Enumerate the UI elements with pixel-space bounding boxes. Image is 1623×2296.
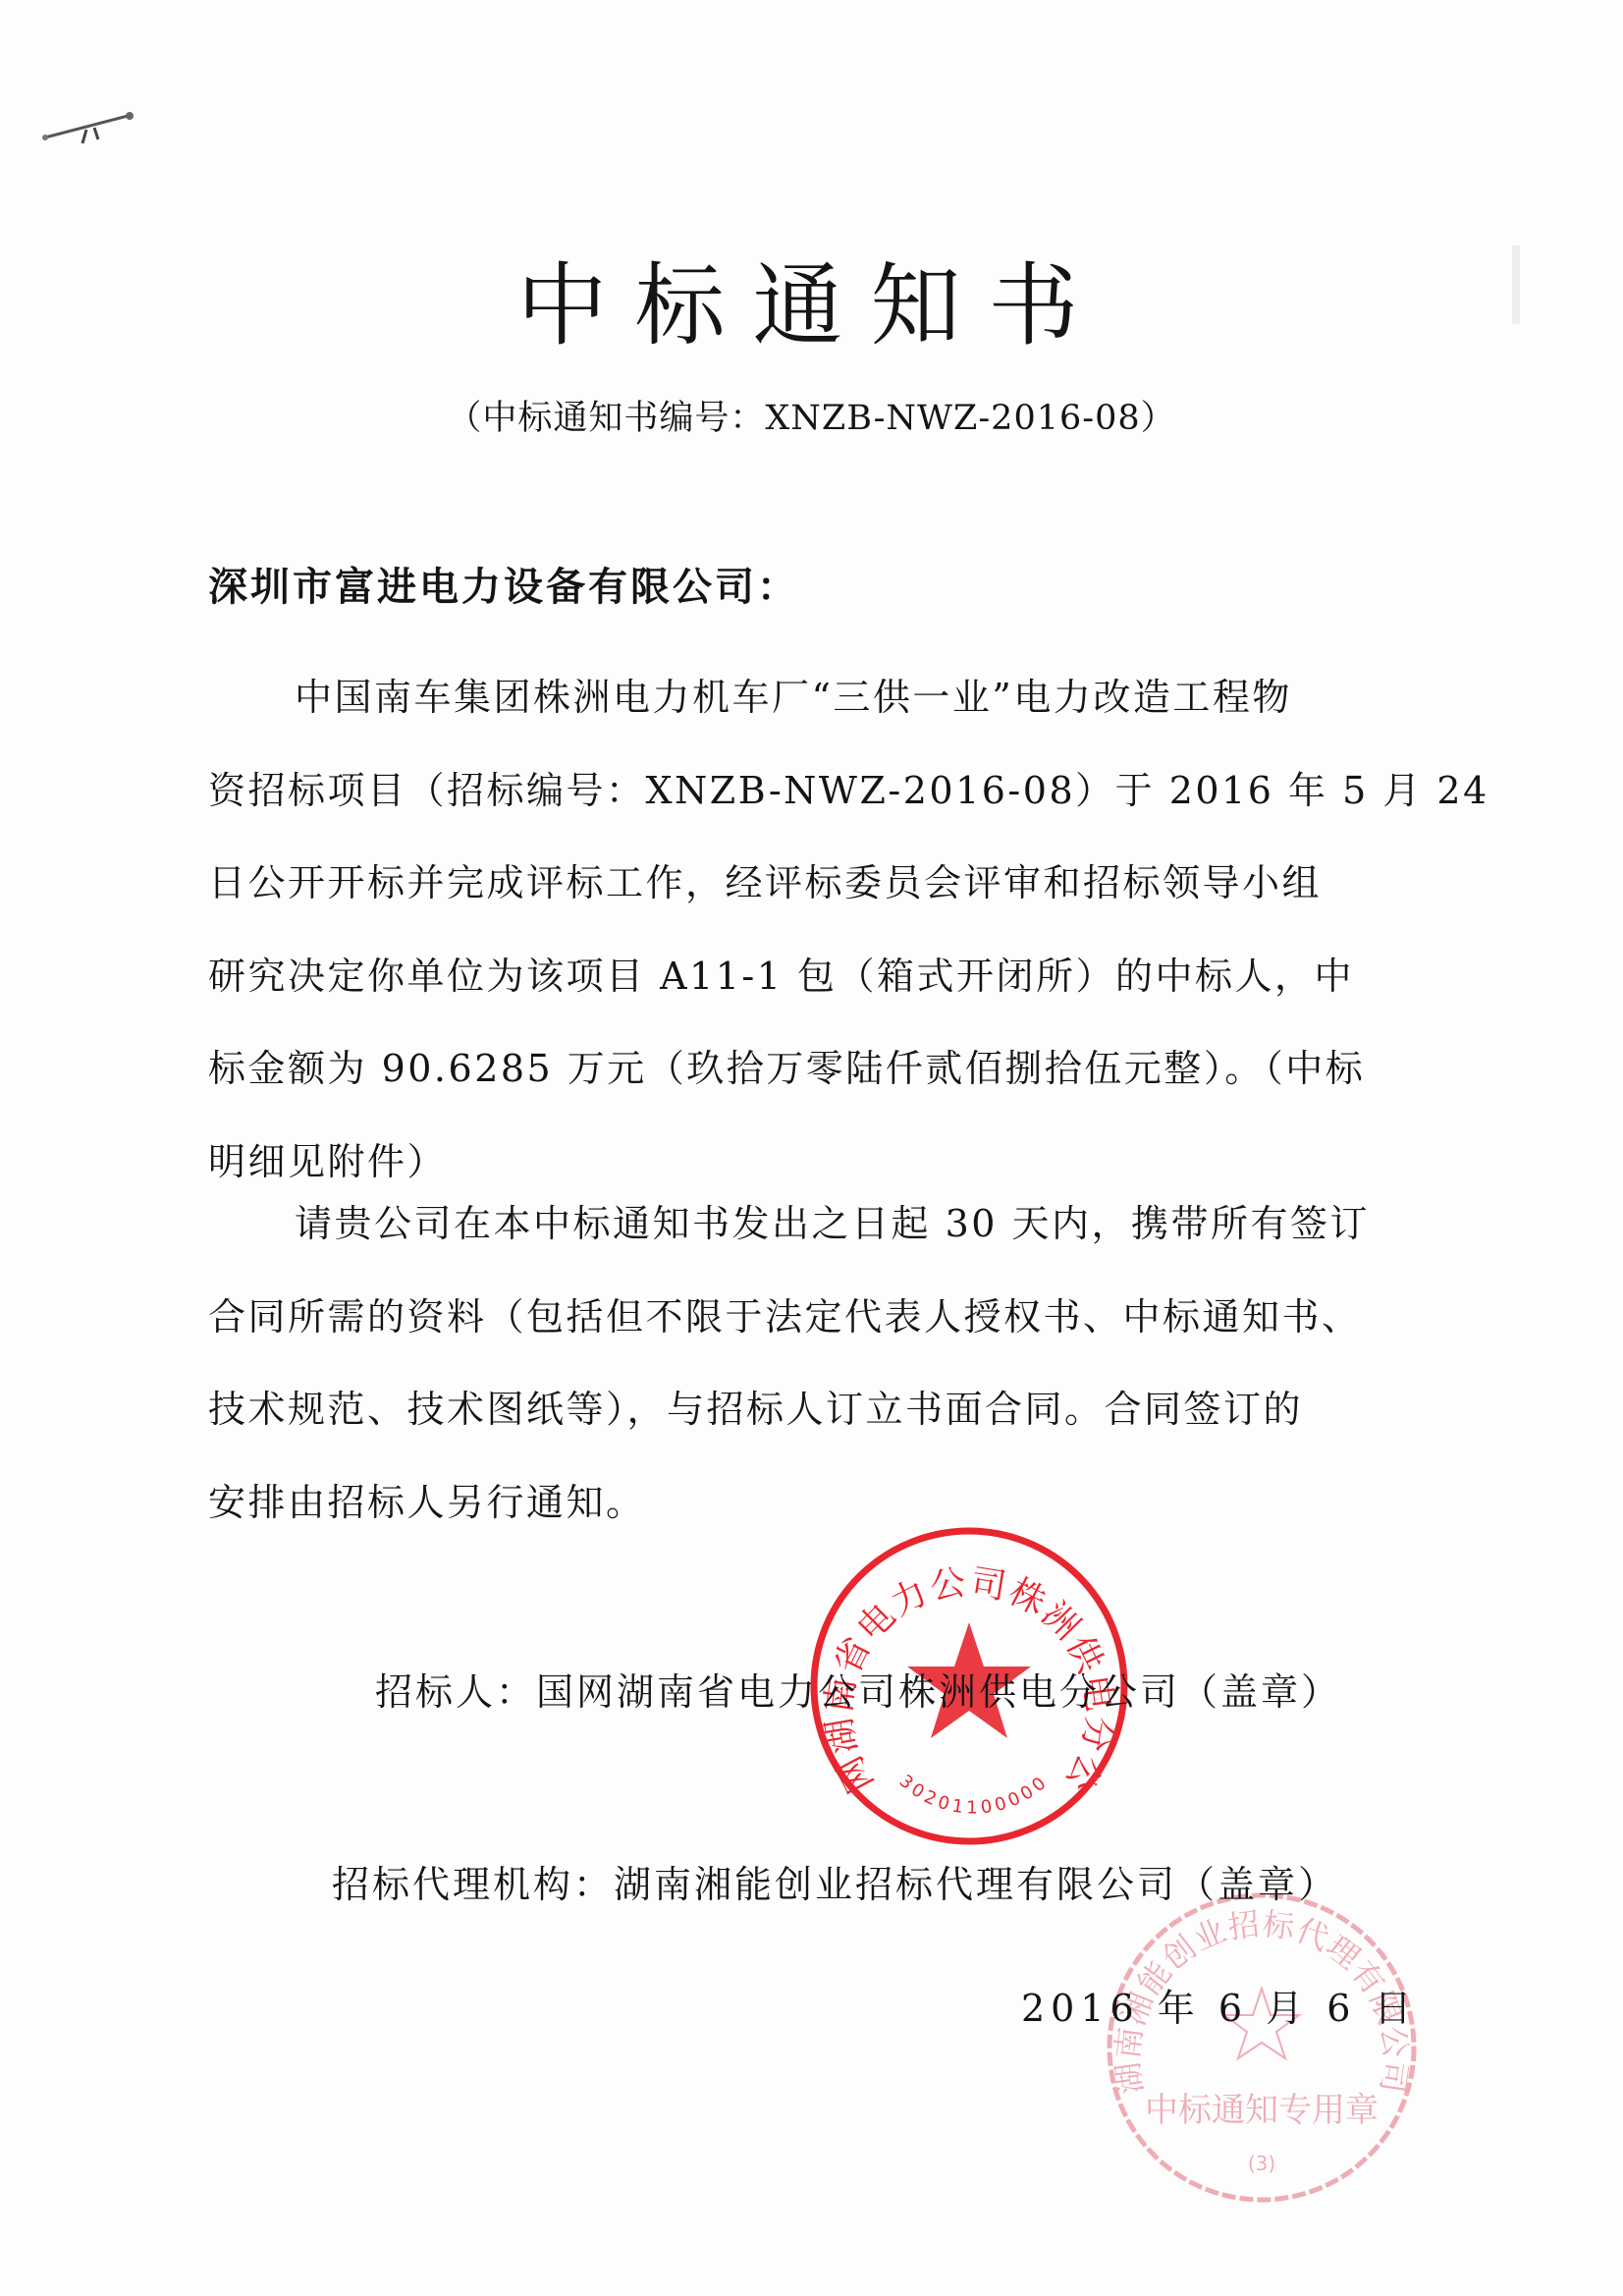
paragraph-line: 研究决定你单位为该项目 A11-1 包（箱式开闭所）的中标人，中 <box>208 930 1426 1023</box>
body-paragraph-1: 中国南车集团株洲电力机车厂“三供一业”电力改造工程物 资招标项目（招标编号：XN… <box>208 651 1426 1208</box>
body-paragraph-2: 请贵公司在本中标通知书发出之日起 30 天内，携带所有签订 合同所需的资料（包括… <box>208 1177 1426 1549</box>
paragraph-line: 技术规范、技术图纸等），与招标人订立书面合同。合同签订的 <box>208 1363 1426 1456</box>
document-title: 中标通知书 <box>0 234 1623 363</box>
document-number: （中标通知书编号：XNZB-NWZ-2016-08） <box>0 391 1623 440</box>
addressee: 深圳市富进电力设备有限公司： <box>208 556 799 612</box>
staple-icon <box>37 108 145 147</box>
paragraph-line: 安排由招标人另行通知。 <box>208 1456 1426 1550</box>
paragraph-line: 标金额为 90.6285 万元（玖拾万零陆仟贰佰捌拾伍元整）。（中标 <box>208 1022 1426 1116</box>
tenderer-signature: 招标人：国网湖南省电力公司株洲供电分公司（盖章） <box>375 1662 1341 1716</box>
paragraph-line: 请贵公司在本中标通知书发出之日起 30 天内，携带所有签订 <box>208 1177 1426 1271</box>
paragraph-line: 合同所需的资料（包括但不限于法定代表人授权书、中标通知书、 <box>208 1271 1426 1364</box>
issue-date: 2016 年 6 月 6 日 <box>1021 1978 1417 2032</box>
svg-text:(3): (3) <box>1248 2152 1275 2175</box>
paragraph-line: 日公开开标并完成评标工作，经评标委员会评审和招标领导小组 <box>208 837 1426 930</box>
paragraph-line: 资招标项目（招标编号：XNZB-NWZ-2016-08）于 2016 年 5 月… <box>208 744 1426 838</box>
paragraph-line: 中国南车集团株洲电力机车厂“三供一业”电力改造工程物 <box>208 651 1426 744</box>
agency-signature: 招标代理机构：湖南湘能创业招标代理有限公司（盖章） <box>332 1854 1338 1908</box>
svg-text:中标通知专用章: 中标通知专用章 <box>1145 2091 1379 2130</box>
agency-seal-icon: 湖南湘能创业招标代理有限公司 中标通知专用章 (3) <box>1100 1886 1424 2210</box>
